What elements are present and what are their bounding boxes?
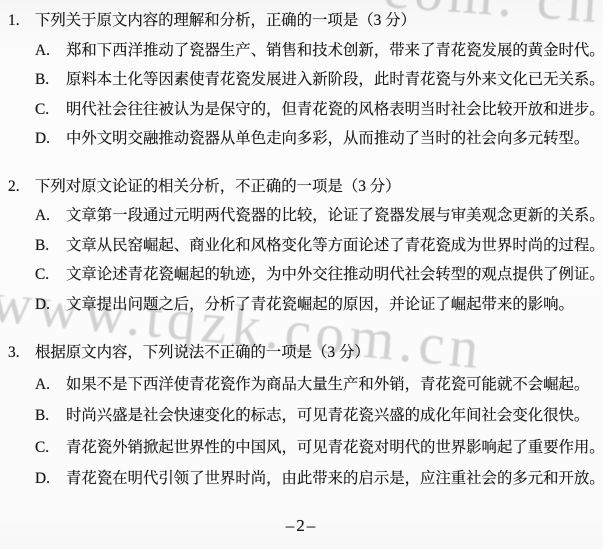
question-stem-row: 2.下列对原文论证的相关分析，不正确的一项是（3 分） bbox=[8, 172, 601, 202]
option-text: 时尚兴盛是社会快速变化的标志，可见青花瓷兴盛的成化年间社会变化很快。 bbox=[66, 407, 589, 424]
option-label: A. bbox=[35, 201, 66, 231]
option-label: D. bbox=[35, 124, 66, 154]
question-stem: 根据原文内容，下列说法不正确的一项是（3 分） bbox=[35, 344, 370, 361]
option-row: D.中外文明交融推动瓷器从单色走向多彩，从而推动了当时的社会向多元转型。 bbox=[35, 124, 601, 154]
option-text: 文章从民窑崛起、商业化和风格变化等方面论述了青花瓷成为世界时尚的过程。 bbox=[66, 237, 603, 254]
option-text: 青花瓷在明代引领了世界时尚，由此带来的启示是，应注重社会的多元和开放。 bbox=[66, 470, 603, 487]
option-row: D.青花瓷在明代引领了世界时尚，由此带来的启示是，应注重社会的多元和开放。 bbox=[35, 463, 601, 495]
question-1: 1.下列关于原文内容的理解和分析，正确的一项是（3 分） A.郑和下西洋推动了瓷… bbox=[8, 6, 601, 154]
question-number: 3. bbox=[8, 337, 35, 369]
option-row: B.原料本土化等因素使青花瓷发展进入新阶段，此时青花瓷与外来文化已无关系。 bbox=[35, 65, 601, 95]
option-label: D. bbox=[35, 290, 66, 320]
option-row: C.青花瓷外销掀起世界性的中国风，可见青花瓷对明代的世界影响起了重要作用。 bbox=[35, 432, 601, 464]
option-text: 文章论述青花瓷崛起的轨迹，为中外交往推动明代社会转型的观点提供了例证。 bbox=[66, 266, 603, 283]
option-label: C. bbox=[35, 432, 66, 464]
option-row: B.文章从民窑崛起、商业化和风格变化等方面论述了青花瓷成为世界时尚的过程。 bbox=[35, 231, 601, 261]
option-text: 中外文明交融推动瓷器从单色走向多彩，从而推动了当时的社会向多元转型。 bbox=[66, 130, 589, 147]
question-stem-row: 1.下列关于原文内容的理解和分析，正确的一项是（3 分） bbox=[8, 6, 601, 36]
question-stem: 下列对原文论证的相关分析，不正确的一项是（3 分） bbox=[35, 178, 401, 195]
option-label: B. bbox=[35, 231, 66, 261]
question-stem-row: 3.根据原文内容，下列说法不正确的一项是（3 分） bbox=[8, 337, 601, 369]
option-text: 文章第一段通过元明两代瓷器的比较，论证了瓷器发展与审美观念更新的关系。 bbox=[66, 207, 603, 224]
option-row: C.文章论述青花瓷崛起的轨迹，为中外交往推动明代社会转型的观点提供了例证。 bbox=[35, 260, 601, 290]
exam-page: com. cn www.tqzk.com.cn 1.下列关于原文内容的理解和分析… bbox=[0, 0, 603, 549]
option-text: 郑和下西洋推动了瓷器生产、销售和技术创新，带来了青花瓷发展的黄金时代。 bbox=[66, 42, 603, 59]
option-label: C. bbox=[35, 95, 66, 125]
option-text: 明代社会往往被认为是保守的，但青花瓷的风格表明当时社会比较开放和进步。 bbox=[66, 101, 603, 118]
option-label: A. bbox=[35, 36, 66, 66]
question-list: 1.下列关于原文内容的理解和分析，正确的一项是（3 分） A.郑和下西洋推动了瓷… bbox=[8, 6, 601, 513]
question-number: 2. bbox=[8, 172, 35, 202]
option-label: A. bbox=[35, 369, 66, 401]
option-text: 文章提出问题之后，分析了青花瓷崛起的原因，并论证了崛起带来的影响。 bbox=[66, 296, 574, 313]
option-text: 如果不是下西洋使青花瓷作为商品大量生产和外销，青花瓷可能就不会崛起。 bbox=[66, 376, 589, 393]
page-number: –2– bbox=[0, 516, 603, 536]
option-label: B. bbox=[35, 65, 66, 95]
question-2: 2.下列对原文论证的相关分析，不正确的一项是（3 分） A.文章第一段通过元明两… bbox=[8, 172, 601, 320]
option-row: B.时尚兴盛是社会快速变化的标志，可见青花瓷兴盛的成化年间社会变化很快。 bbox=[35, 400, 601, 432]
question-stem: 下列关于原文内容的理解和分析，正确的一项是（3 分） bbox=[35, 12, 416, 29]
option-row: A.文章第一段通过元明两代瓷器的比较，论证了瓷器发展与审美观念更新的关系。 bbox=[35, 201, 601, 231]
option-label: B. bbox=[35, 400, 66, 432]
option-label: D. bbox=[35, 463, 66, 495]
option-text: 青花瓷外销掀起世界性的中国风，可见青花瓷对明代的世界影响起了重要作用。 bbox=[66, 439, 603, 456]
option-row: D.文章提出问题之后，分析了青花瓷崛起的原因，并论证了崛起带来的影响。 bbox=[35, 290, 601, 320]
option-row: A.郑和下西洋推动了瓷器生产、销售和技术创新，带来了青花瓷发展的黄金时代。 bbox=[35, 36, 601, 66]
option-row: A.如果不是下西洋使青花瓷作为商品大量生产和外销，青花瓷可能就不会崛起。 bbox=[35, 369, 601, 401]
option-row: C.明代社会往往被认为是保守的，但青花瓷的风格表明当时社会比较开放和进步。 bbox=[35, 95, 601, 125]
question-3: 3.根据原文内容，下列说法不正确的一项是（3 分） A.如果不是下西洋使青花瓷作… bbox=[8, 337, 601, 495]
option-label: C. bbox=[35, 260, 66, 290]
option-text: 原料本土化等因素使青花瓷发展进入新阶段，此时青花瓷与外来文化已无关系。 bbox=[66, 71, 603, 88]
question-number: 1. bbox=[8, 6, 35, 36]
